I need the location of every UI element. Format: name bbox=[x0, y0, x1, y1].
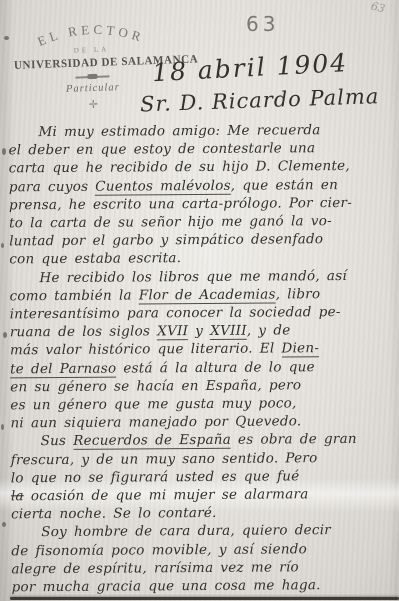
handwritten-line: para cuyos Cuentos malévolos, que están … bbox=[9, 175, 395, 196]
handwritten-text: luntad por el garbo y simpático desenfad… bbox=[9, 231, 323, 249]
handwritten-text: Mi muy estimado amigo: Me recuerda bbox=[38, 122, 320, 140]
struck-out-word: la bbox=[11, 488, 24, 504]
underlined-phrase: Recuerdos de España bbox=[73, 432, 231, 450]
letterhead-divider-ornament bbox=[75, 73, 109, 80]
scan-edge-speck bbox=[2, 522, 6, 527]
handwritten-text: cierta noche. Se lo contaré. bbox=[11, 505, 217, 522]
letterhead-institution: UNIVERSIDAD DE SALAMANCA bbox=[14, 54, 170, 72]
handwritten-text: Sus bbox=[41, 433, 74, 449]
scan-edge-speck bbox=[3, 332, 7, 338]
handwritten-line: prensa, he escrito una carta-prólogo. Po… bbox=[9, 193, 395, 214]
handwritten-line: He recibido los libros que me mandó, así bbox=[9, 266, 395, 287]
handwritten-text: alegre de espíritu, rarísima vez me río bbox=[11, 559, 299, 577]
handwritten-text: en su género se hacía en España, pero bbox=[10, 377, 301, 395]
handwritten-text: , que están en bbox=[231, 177, 338, 194]
scan-edge-speck bbox=[1, 243, 4, 248]
handwritten-text: Soy hombre de cara dura, quiero decir bbox=[41, 523, 331, 541]
handwritten-text: es un género que me gusta muy poco, bbox=[10, 395, 296, 413]
scan-edge-speck bbox=[2, 148, 6, 155]
handwritten-text: , libro bbox=[276, 286, 321, 302]
scan-edge-speck bbox=[4, 36, 9, 40]
underlined-phrase: te del Parnaso bbox=[10, 360, 116, 378]
bottom-scan-edge bbox=[10, 597, 399, 600]
handwritten-text: ocasión de que mi mujer se alarmara bbox=[24, 486, 309, 504]
underlined-phrase: Cuentos malévolos bbox=[95, 177, 231, 195]
underlined-phrase: XVIII bbox=[210, 323, 247, 340]
underlined-phrase: Dien- bbox=[281, 341, 319, 358]
handwritten-text: frescura, y de un muy sano sentido. Pero bbox=[11, 450, 318, 468]
handwritten-text: como también la bbox=[10, 287, 139, 304]
archive-number-stamp: 63 bbox=[246, 12, 279, 36]
scanned-letter-screenshot: { "scan": { "archive_stamp": "63", "corn… bbox=[0, 0, 399, 601]
handwritten-text: de fisonomía poco movible, y así siendo bbox=[11, 541, 307, 559]
handwritten-line: interesantísimo para conocer la sociedad… bbox=[10, 303, 396, 324]
handwritten-text: el deber en que estoy de contestarle una bbox=[8, 140, 315, 158]
underlined-phrase: Flor de Academias bbox=[139, 286, 276, 304]
handwritten-text: He recibido los libros que me mandó, así bbox=[39, 268, 347, 286]
letter-body: Mi muy estimado amigo: Me recuerdael deb… bbox=[8, 121, 397, 597]
handwritten-line: Sus Recuerdos de España es obra de gran bbox=[11, 430, 397, 451]
handwritten-text: más valor histórico que literario. El bbox=[10, 341, 282, 359]
handwritten-text: con que estaba escrita. bbox=[9, 251, 181, 268]
handwritten-line: carta que he recibido de su hijo D. Clem… bbox=[9, 157, 395, 178]
handwritten-text: carta que he recibido de su hijo D. Clem… bbox=[9, 158, 350, 176]
handwritten-text: para cuyos bbox=[9, 178, 96, 195]
underlined-phrase: XVII bbox=[157, 323, 188, 340]
handwritten-text: , y de bbox=[247, 323, 291, 339]
handwritten-text: to la carta de su señor hijo me ganó la … bbox=[9, 213, 332, 231]
handwritten-text: y bbox=[188, 323, 210, 339]
handwritten-text: por mucha gracia que una cosa me haga. bbox=[12, 577, 321, 595]
handwritten-text: lo que no se figurará usted es que fué bbox=[11, 468, 300, 486]
scan-edge-speck bbox=[1, 424, 4, 430]
handwritten-text: está á la altura de lo que bbox=[116, 359, 315, 376]
handwritten-line: por mucha gracia que una cosa me haga. bbox=[12, 576, 398, 597]
handwritten-text: prensa, he escrito una carta-prólogo. Po… bbox=[9, 195, 352, 213]
handwritten-text: ruana de los siglos bbox=[10, 324, 157, 341]
handwritten-text: ni aun siquiera manejado por Quevedo. bbox=[10, 414, 301, 432]
handwritten-text: interesantísimo para conocer la sociedad… bbox=[10, 304, 341, 322]
handwritten-text: es obra de gran bbox=[231, 431, 357, 448]
